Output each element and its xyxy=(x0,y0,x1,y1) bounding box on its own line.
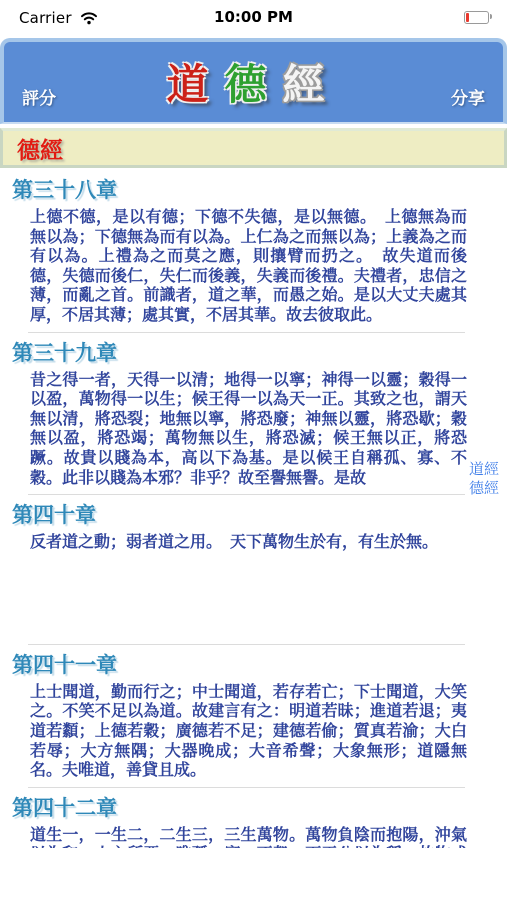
chapter-39-section: 第三十九章 昔之得一者，天得一以清；地得一以寧；神得一以靈；穀得一以盈，萬物得一… xyxy=(0,333,507,495)
chapter-39-text: 昔之得一者，天得一以清；地得一以寧；神得一以靈；穀得一以盈，萬物得一以生；候王得… xyxy=(0,370,507,495)
status-bar: Carrier 10:00 PM xyxy=(0,0,507,38)
clock-time: 10:00 PM xyxy=(0,8,507,26)
chapter-42-section: 第四十二章 道生一，一生二，二生三，三生萬物。萬物負陰而抱陽，沖氣以為和。人之所… xyxy=(0,788,507,848)
chapter-40-title: 第四十章 xyxy=(0,495,507,532)
chapter-41-section: 第四十一章 上士聞道，勤而行之；中士聞道，若存若亡；下士聞道，大笑之。不笑不足以… xyxy=(0,645,507,787)
chapter-40-section: 第四十章 反者道之動；弱者道之用。 天下萬物生於有，有生於無。 xyxy=(0,495,507,559)
chapter-42-title: 第四十二章 xyxy=(0,788,507,825)
title-char-jing: 經 xyxy=(283,60,341,109)
section-title: 德經 xyxy=(17,132,63,165)
chapter-39-title: 第三十九章 xyxy=(0,333,507,370)
app-title: 道德經 xyxy=(4,64,503,106)
section-index: 道經 德經 xyxy=(469,460,499,498)
index-link-daojing[interactable]: 道經 xyxy=(469,460,499,479)
battery-low-icon xyxy=(464,11,489,24)
section-header-bar: 德經 xyxy=(0,128,507,168)
chapter-38-text: 上德不德，是以有德；下德不失德，是以無德。 上德無為而無以為；下德無為而有以為。… xyxy=(0,207,507,332)
title-char-dao: 道 xyxy=(166,60,224,109)
chapter-42-text: 道生一，一生二，二生三，三生萬物。萬物負陰而抱陽，沖氣以為和。人之所惡，唯孤、寡… xyxy=(0,825,507,848)
share-button[interactable]: 分享 xyxy=(451,84,485,109)
chapter-41-text: 上士聞道，勤而行之；中士聞道，若存若亡；下士聞道，大笑之。不笑不足以為道。故建言… xyxy=(0,682,507,787)
app-header: 評分 道德經 分享 xyxy=(0,38,507,124)
chapter-41-title: 第四十一章 xyxy=(0,645,507,682)
title-char-de: 德 xyxy=(224,60,282,109)
index-link-dejing[interactable]: 德經 xyxy=(469,479,499,498)
blank-spacer xyxy=(0,559,507,644)
chapter-40-text: 反者道之動；弱者道之用。 天下萬物生於有，有生於無。 xyxy=(0,532,507,559)
chapter-38-title: 第三十八章 xyxy=(0,170,507,207)
battery-level-fill xyxy=(466,13,469,22)
chapter-38-section: 第三十八章 上德不德，是以有德；下德不失德，是以無德。 上德無為而無以為；下德無… xyxy=(0,170,507,332)
chapter-scroll-area[interactable]: 第三十八章 上德不德，是以有德；下德不失德，是以無德。 上德無為而無以為；下德無… xyxy=(0,170,507,848)
